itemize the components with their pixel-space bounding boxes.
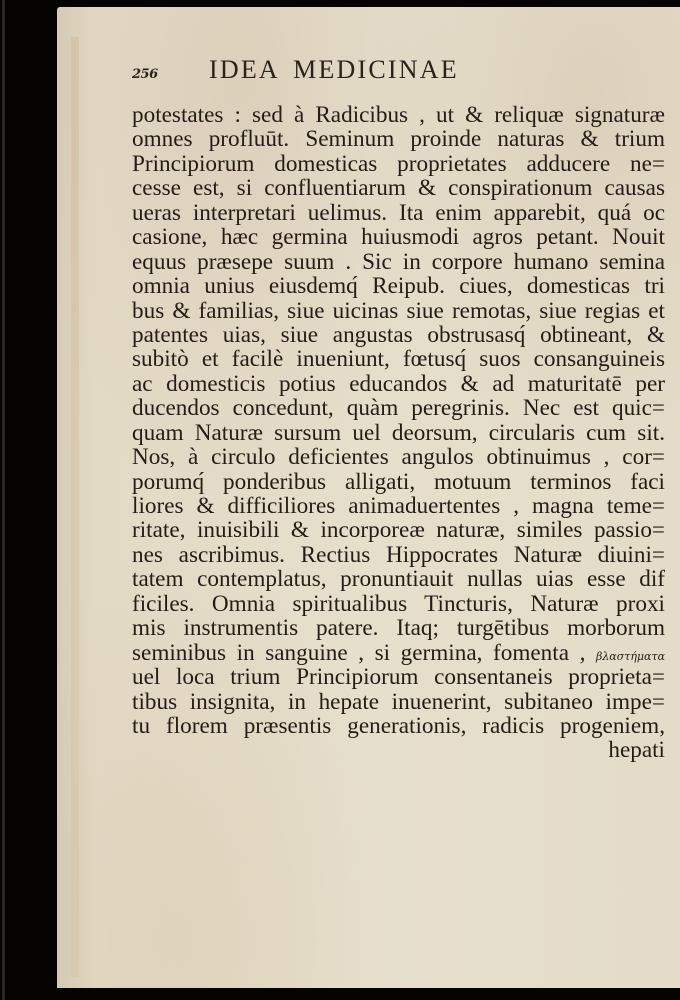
text-line: cesse est, si confluentiarum & conspirat…	[132, 176, 665, 200]
text-line: tibus insignita, in hepate inuenerint, s…	[132, 690, 665, 714]
text-line: nes ascribimus. Rectius Hippocrates Natu…	[132, 543, 665, 567]
page-header: 256 IDEA MEDICINAE	[132, 55, 632, 85]
body-text: potestates : sed à Radicibus , ut & reli…	[132, 103, 665, 763]
book-page: 256 IDEA MEDICINAE potestates : sed à Ra…	[57, 7, 680, 988]
text-line-with-gloss: seminibus in sanguine , si germina, fome…	[132, 641, 665, 665]
text-line: mis instrumentis patere. Itaq; turgētibu…	[132, 616, 665, 640]
text-line: ritate, inuisibili & incorporeæ naturæ, …	[132, 518, 665, 542]
running-title: IDEA MEDICINAE	[209, 55, 459, 85]
text-line: casione, hæc germina huiusmodi agros pet…	[132, 225, 665, 249]
text-line: equus præsepe suum . Sic in corpore huma…	[132, 250, 665, 274]
text-line: uel loca trium Principiorum consentaneis…	[132, 665, 665, 689]
text-line: seminibus in sanguine , si germina, fome…	[132, 640, 585, 666]
text-line: subitò et facilè inueniunt, fœtusq́ suos…	[132, 347, 665, 371]
text-line: potestates : sed à Radicibus , ut & reli…	[132, 103, 665, 127]
text-line: ficiles. Omnia spiritualibus Tincturis, …	[132, 592, 665, 616]
text-line: quam Naturæ sursum uel deorsum, circular…	[132, 421, 665, 445]
text-line: Principiorum domesticas proprietates add…	[132, 152, 665, 176]
text-line: omnes profluūt. Seminum proinde naturas …	[132, 127, 665, 151]
scan-edge-strip	[2, 0, 5, 1000]
text-line: tatem contemplatus, pronuntiauit nullas …	[132, 567, 665, 591]
text-line: bus & familias, siue uicinas siue remota…	[132, 299, 665, 323]
text-line: ueras interpretari uelimus. Ita enim app…	[132, 201, 665, 225]
text-line: tu florem præsentis generationis, radici…	[132, 714, 665, 738]
text-line: ducendos concedunt, quàm peregrinis. Nec…	[132, 396, 665, 420]
page-number: 256	[132, 67, 158, 82]
text-line: patentes uias, siue angustas obstrusasq́…	[132, 323, 665, 347]
text-line: omnia unius eiusdemq́ Reipub. ciues, dom…	[132, 274, 665, 298]
text-line: liores & difficiliores animaduertentes ,…	[132, 494, 665, 518]
text-line: ac domesticis potius educandos & ad matu…	[132, 372, 665, 396]
text-line: porumq́ ponderibus alligati, motuum term…	[132, 470, 665, 494]
catchword: hepati	[132, 738, 665, 762]
text-line: Nos, à circulo deficientes angulos obtin…	[132, 445, 665, 469]
greek-gloss: βλαστήματα	[596, 650, 665, 663]
